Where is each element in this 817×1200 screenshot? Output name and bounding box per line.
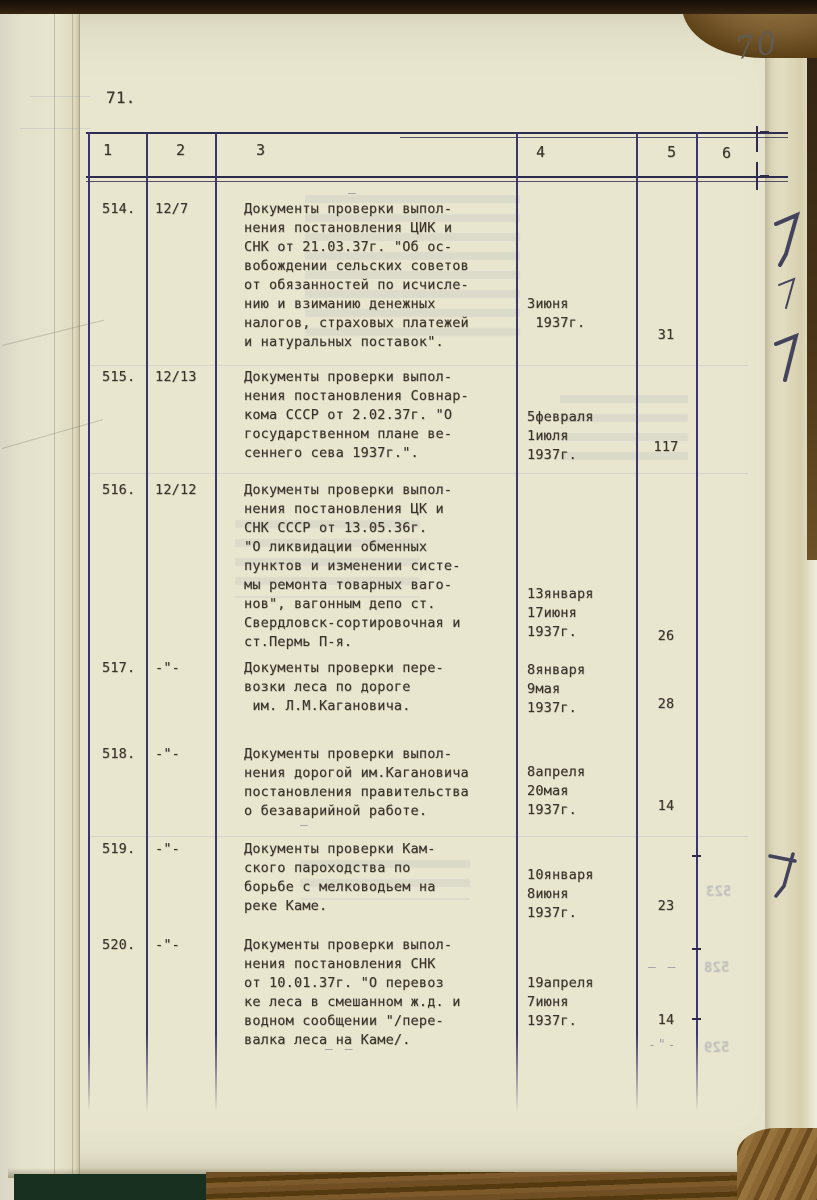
table-top-line [86,132,788,134]
cover-green-band [14,1174,206,1200]
row-dates: 10января 8июня 1937г. [527,866,594,923]
wrinkled-paper-corner [737,1128,817,1200]
edge-tick [760,175,769,177]
page-left-edge [0,0,80,1200]
row-index: -"- [155,840,180,859]
col-header-4: 4 [536,143,545,162]
row-index: 12/12 [155,481,197,500]
header-bottom-line-2 [86,181,788,182]
row-number: 520. [102,936,135,955]
faint-rule [88,836,748,837]
col-divider-1-2 [146,132,148,1112]
row-index: -"- [155,745,180,764]
row-dates: 8января 9мая 1937г. [527,661,585,718]
row-dates: 5февраля 1июля 1937г. [527,408,594,465]
row-description: Документы проверки выпол- нения дорогой … [244,745,469,821]
col-header-1: 1 [103,141,112,160]
faint-rule [30,96,90,97]
table-border-left [88,132,90,1112]
row-number: 518. [102,745,135,764]
faint-rule [88,365,748,366]
row-description: Документы проверки выпол- нения постанов… [244,200,469,352]
line-tick [692,855,701,857]
ditto-mark: -"- [648,1038,677,1053]
row-description: Документы проверки пере- возки леса по д… [244,659,444,716]
row-sheet-count: 14 [636,797,696,816]
row-index: -"- [155,659,180,678]
pen-checkmark-7 [773,210,803,270]
scan-background-top [0,0,817,14]
col-divider-4-5 [636,132,638,1112]
book-spine-edge [807,0,817,560]
row-dates: 3июня 1937г. [527,295,585,333]
edge-tick [760,131,769,133]
row-sheet-count: 14 [636,1011,696,1030]
col-divider-3-4 [516,132,518,1112]
row-number: 519. [102,840,135,859]
row-index: -"- [155,936,180,955]
faint-rule [20,128,90,129]
row-sheet-count: 31 [636,326,696,345]
binding-crease [79,0,80,1200]
pen-checkmark-7 [777,276,799,312]
col-divider-5-6 [696,132,698,1112]
col-header-6: 6 [722,144,731,163]
col-header-2: 2 [176,141,185,160]
row-number: 515. [102,368,135,387]
row-description: Документы проверки выпол- нения постанов… [244,936,461,1050]
row-index: 12/7 [155,200,188,219]
row-index: 12/13 [155,368,197,387]
row-number: 514. [102,200,135,219]
bleedthrough-number: 523 [706,884,732,900]
pen-checkmark-7 [768,848,800,900]
stray-dash: – [348,186,358,201]
ditto-mark: – – [648,960,677,975]
cover-brown-band [206,1172,817,1200]
page-edge-line [54,0,55,1200]
col-header-5: 5 [667,143,676,162]
row-dates: 8апреля 20мая 1937г. [527,763,585,820]
row-sheet-count: 23 [636,897,696,916]
header-bottom-line [86,176,788,178]
page-edge-line [72,0,73,1200]
table-border-right-dash [756,162,758,190]
pen-checkmark-7 [774,332,800,384]
col-header-3: 3 [256,141,265,160]
bleedthrough-number: 529 [704,1040,730,1056]
page-number: 71. [106,88,136,107]
row-number: 517. [102,659,135,678]
col-divider-2-3 [215,132,217,1112]
stray-dash: – [300,818,310,833]
row-sheet-count: 26 [636,627,696,646]
faint-rule [88,473,748,474]
row-number: 516. [102,481,135,500]
scanned-archive-page: 523 528 529 71. 70 1 2 3 4 5 6 514. 12/7… [0,0,817,1200]
row-sheet-count: 28 [636,695,696,714]
line-tick [692,948,701,950]
table-top-line-2 [400,137,788,138]
row-sheet-count: 117 [636,438,696,457]
bleedthrough-number: 528 [704,960,730,976]
row-description: Документы проверки выпол- нения постанов… [244,481,461,652]
stray-dash: – – [325,1042,354,1057]
table-border-right-dash [756,126,758,152]
corner-foliation-number: 70 [732,25,781,67]
row-description: Документы проверки Кам- ского пароходств… [244,840,436,916]
row-description: Документы проверки выпол- нения постанов… [244,368,469,463]
row-dates: 19апреля 7июня 1937г. [527,974,594,1031]
row-dates: 13января 17июня 1937г. [527,585,594,642]
